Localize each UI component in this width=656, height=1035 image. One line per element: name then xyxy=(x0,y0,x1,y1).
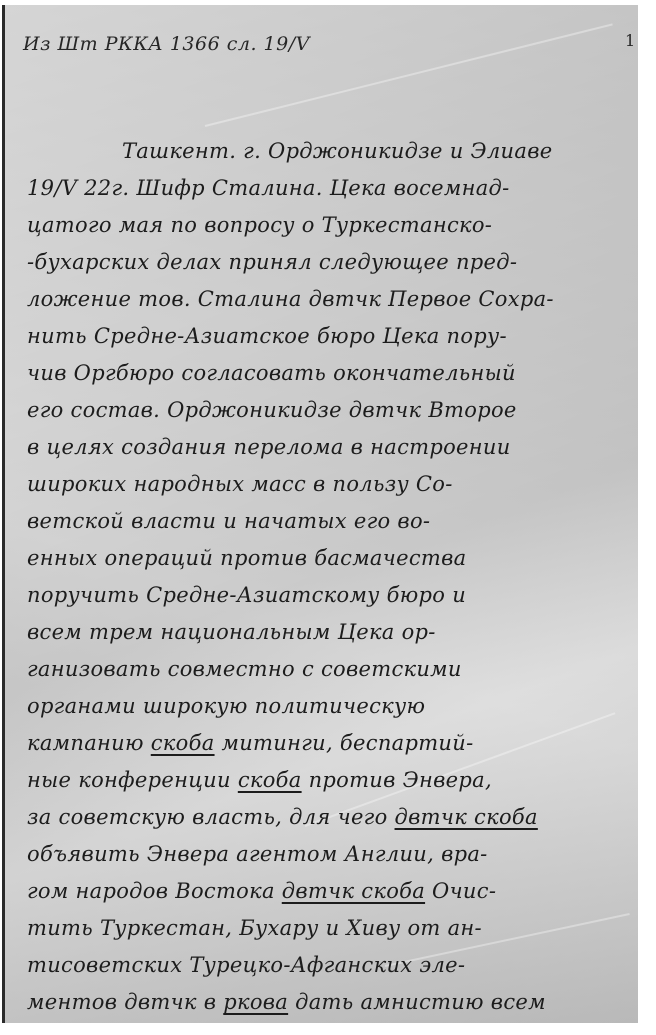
text-segment: широких народных масс в пользу Со- xyxy=(27,472,453,496)
text-segment: ментов двтчк в xyxy=(27,990,223,1014)
text-segment: 19/V 22г. Шифр Сталина. Цека восемнад- xyxy=(27,176,510,200)
text-segment: кампанию xyxy=(27,731,151,755)
text-line: чив Оргбюро согласовать окончательный xyxy=(27,355,637,392)
underlined-text: двтчк скоба xyxy=(395,805,538,829)
text-segment: тить Туркестан, Бухару и Хиву от ан- xyxy=(27,916,482,940)
text-line: тить Туркестан, Бухару и Хиву от ан- xyxy=(27,910,637,947)
text-line: поручить Средне-Азиатскому бюро и xyxy=(27,577,637,614)
underlined-text: скоба xyxy=(238,768,302,792)
text-line: енных операций против басмачества xyxy=(27,540,637,577)
text-line: тисоветских Турецко-Афганских эле- xyxy=(27,947,637,984)
text-line: кампанию скоба митинги, беспартий- xyxy=(27,725,637,762)
underlined-text: ркова xyxy=(223,990,288,1014)
text-line: гом народов Востока двтчк скоба Очис- xyxy=(27,873,637,910)
text-line: ганизовать совместно с советскими xyxy=(27,651,637,688)
page-number: 1 xyxy=(625,31,635,50)
text-segment: ложение тов. Сталина двтчк Первое Сохра- xyxy=(27,287,554,311)
text-segment: его состав. Орджоникидзе двтчк Второе xyxy=(27,398,517,422)
text-segment: Ташкент. г. Орджоникидзе и Элиаве xyxy=(122,139,552,163)
text-line: нить Средне-Азиатское бюро Цека пору- xyxy=(27,318,637,355)
text-segment: против Энвера, xyxy=(302,768,492,792)
text-line: за советскую власть, для чего двтчк скоб… xyxy=(27,799,637,836)
text-line: -бухарских делах принял следующее пред- xyxy=(27,244,637,281)
text-segment: ганизовать совместно с советскими xyxy=(27,657,462,681)
text-segment: ные конференции xyxy=(27,768,238,792)
text-line: 19/V 22г. Шифр Сталина. Цека восемнад- xyxy=(27,170,637,207)
text-line: ложение тов. Сталина двтчк Первое Сохра- xyxy=(27,281,637,318)
document-page: Из Шт РККА 1366 сл. 19/V 1 Ташкент. г. О… xyxy=(2,5,638,1023)
underlined-text: скоба xyxy=(151,731,215,755)
text-segment: чив Оргбюро согласовать окончательный xyxy=(27,361,516,385)
text-segment: ветской власти и начатых его во- xyxy=(27,509,430,533)
handwritten-text-body: Ташкент. г. Орджоникидзе и Элиаве19/V 22… xyxy=(27,133,637,1021)
text-line: Ташкент. г. Орджоникидзе и Элиаве xyxy=(27,133,637,170)
text-segment: в целях создания перелома в настроении xyxy=(27,435,511,459)
text-line: цатого мая по вопросу о Туркестанско- xyxy=(27,207,637,244)
text-segment: поручить Средне-Азиатскому бюро и xyxy=(27,583,466,607)
text-line: всем трем национальным Цека ор- xyxy=(27,614,637,651)
text-segment: всем трем национальным Цека ор- xyxy=(27,620,436,644)
text-line: органами широкую политическую xyxy=(27,688,637,725)
text-segment: объявить Энвера агентом Англии, вра- xyxy=(27,842,488,866)
text-segment: за советскую власть, для чего xyxy=(27,805,395,829)
text-segment: тисоветских Турецко-Афганских эле- xyxy=(27,953,465,977)
archive-reference-note: Из Шт РККА 1366 сл. 19/V xyxy=(23,33,310,55)
text-line: ментов двтчк в ркова дать амнистию всем xyxy=(27,984,637,1021)
text-segment: органами широкую политическую xyxy=(27,694,425,718)
text-segment: цатого мая по вопросу о Туркестанско- xyxy=(27,213,492,237)
underlined-text: двтчк скоба xyxy=(282,879,425,903)
text-line: широких народных масс в пользу Со- xyxy=(27,466,637,503)
text-line: объявить Энвера агентом Англии, вра- xyxy=(27,836,637,873)
text-segment: нить Средне-Азиатское бюро Цека пору- xyxy=(27,324,507,348)
text-line: ветской власти и начатых его во- xyxy=(27,503,637,540)
text-segment: дать амнистию всем xyxy=(288,990,546,1014)
text-segment: митинги, беспартий- xyxy=(215,731,474,755)
text-segment: -бухарских делах принял следующее пред- xyxy=(27,250,517,274)
text-line: в целях создания перелома в настроении xyxy=(27,429,637,466)
text-segment: енных операций против басмачества xyxy=(27,546,466,570)
text-line: ные конференции скоба против Энвера, xyxy=(27,762,637,799)
text-line: его состав. Орджоникидзе двтчк Второе xyxy=(27,392,637,429)
text-segment: гом народов Востока xyxy=(27,879,282,903)
text-segment: Очис- xyxy=(425,879,496,903)
